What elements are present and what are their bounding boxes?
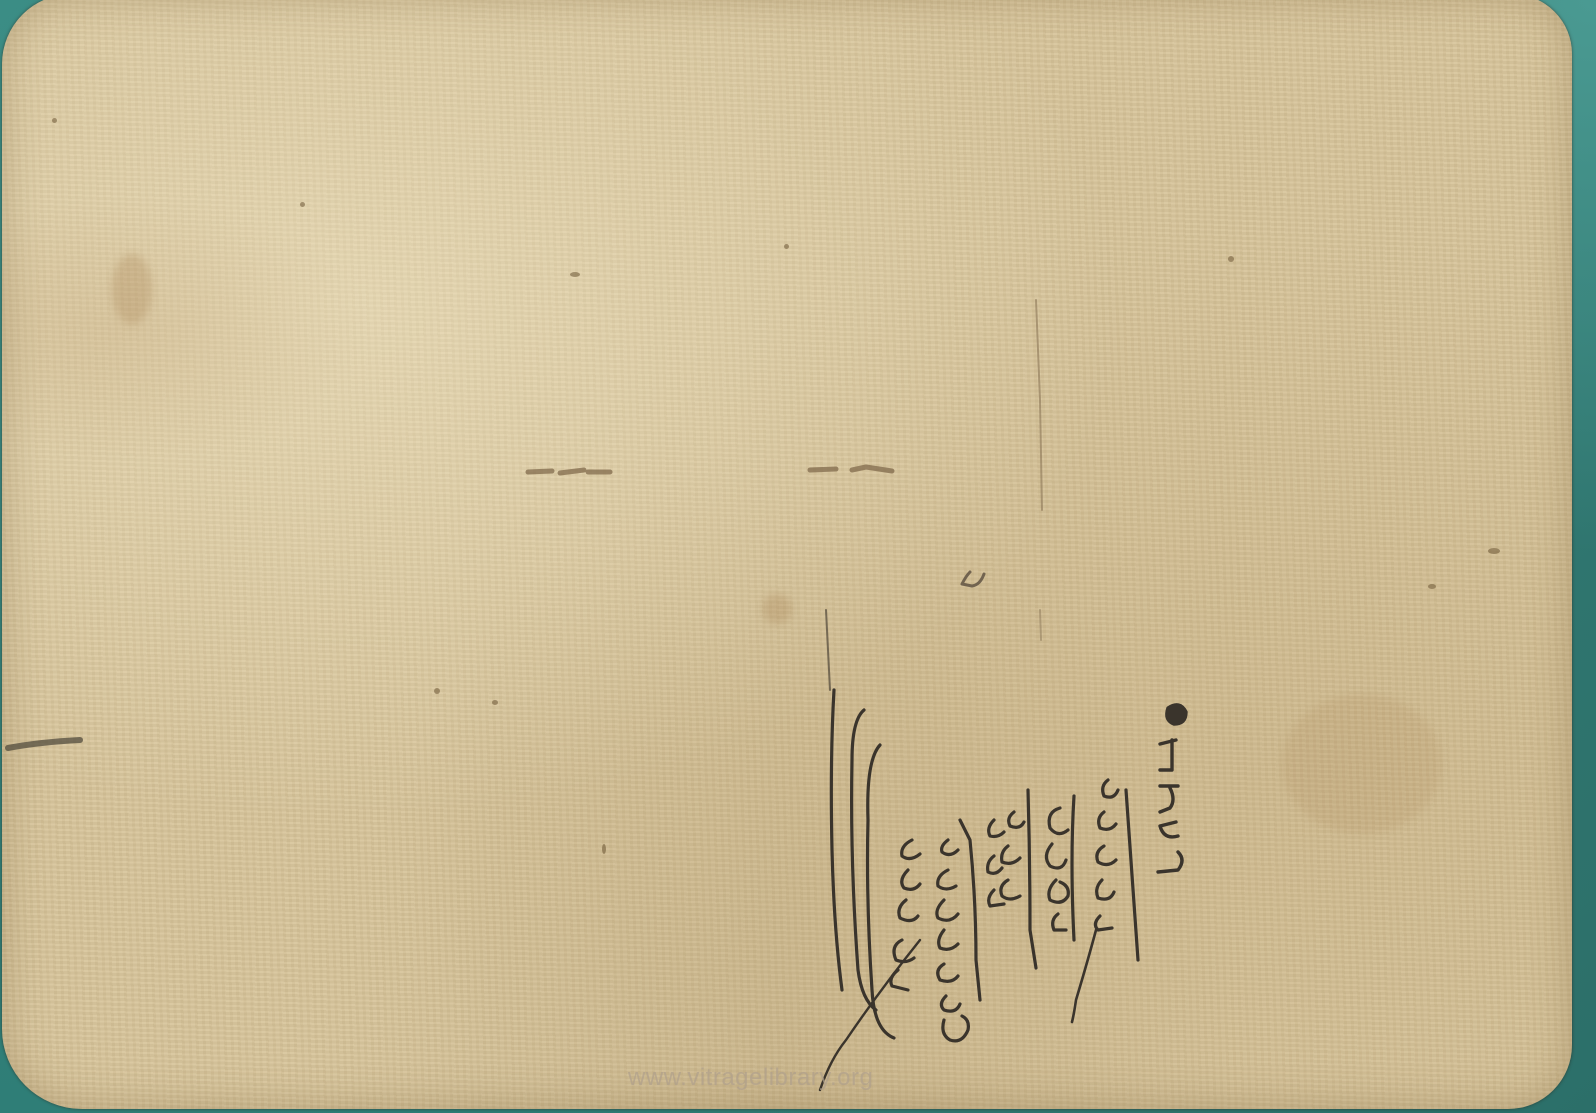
watermark-text: www.vitragelibrary.org	[628, 1064, 873, 1092]
small-ink-mark	[962, 572, 984, 586]
hw-column-patra	[1046, 796, 1074, 940]
left-edge-mark	[8, 740, 80, 748]
hw-column-samvat	[988, 790, 1036, 968]
pencil-dashes	[528, 467, 892, 473]
hw-column-granth	[1072, 780, 1138, 1022]
margin-rules	[820, 610, 920, 1090]
hw-column-upadhyay	[891, 820, 980, 1041]
faint-vertical-line	[1036, 300, 1042, 510]
hw-column-kapachar	[1158, 705, 1186, 872]
handwriting-layer	[0, 0, 1596, 1113]
